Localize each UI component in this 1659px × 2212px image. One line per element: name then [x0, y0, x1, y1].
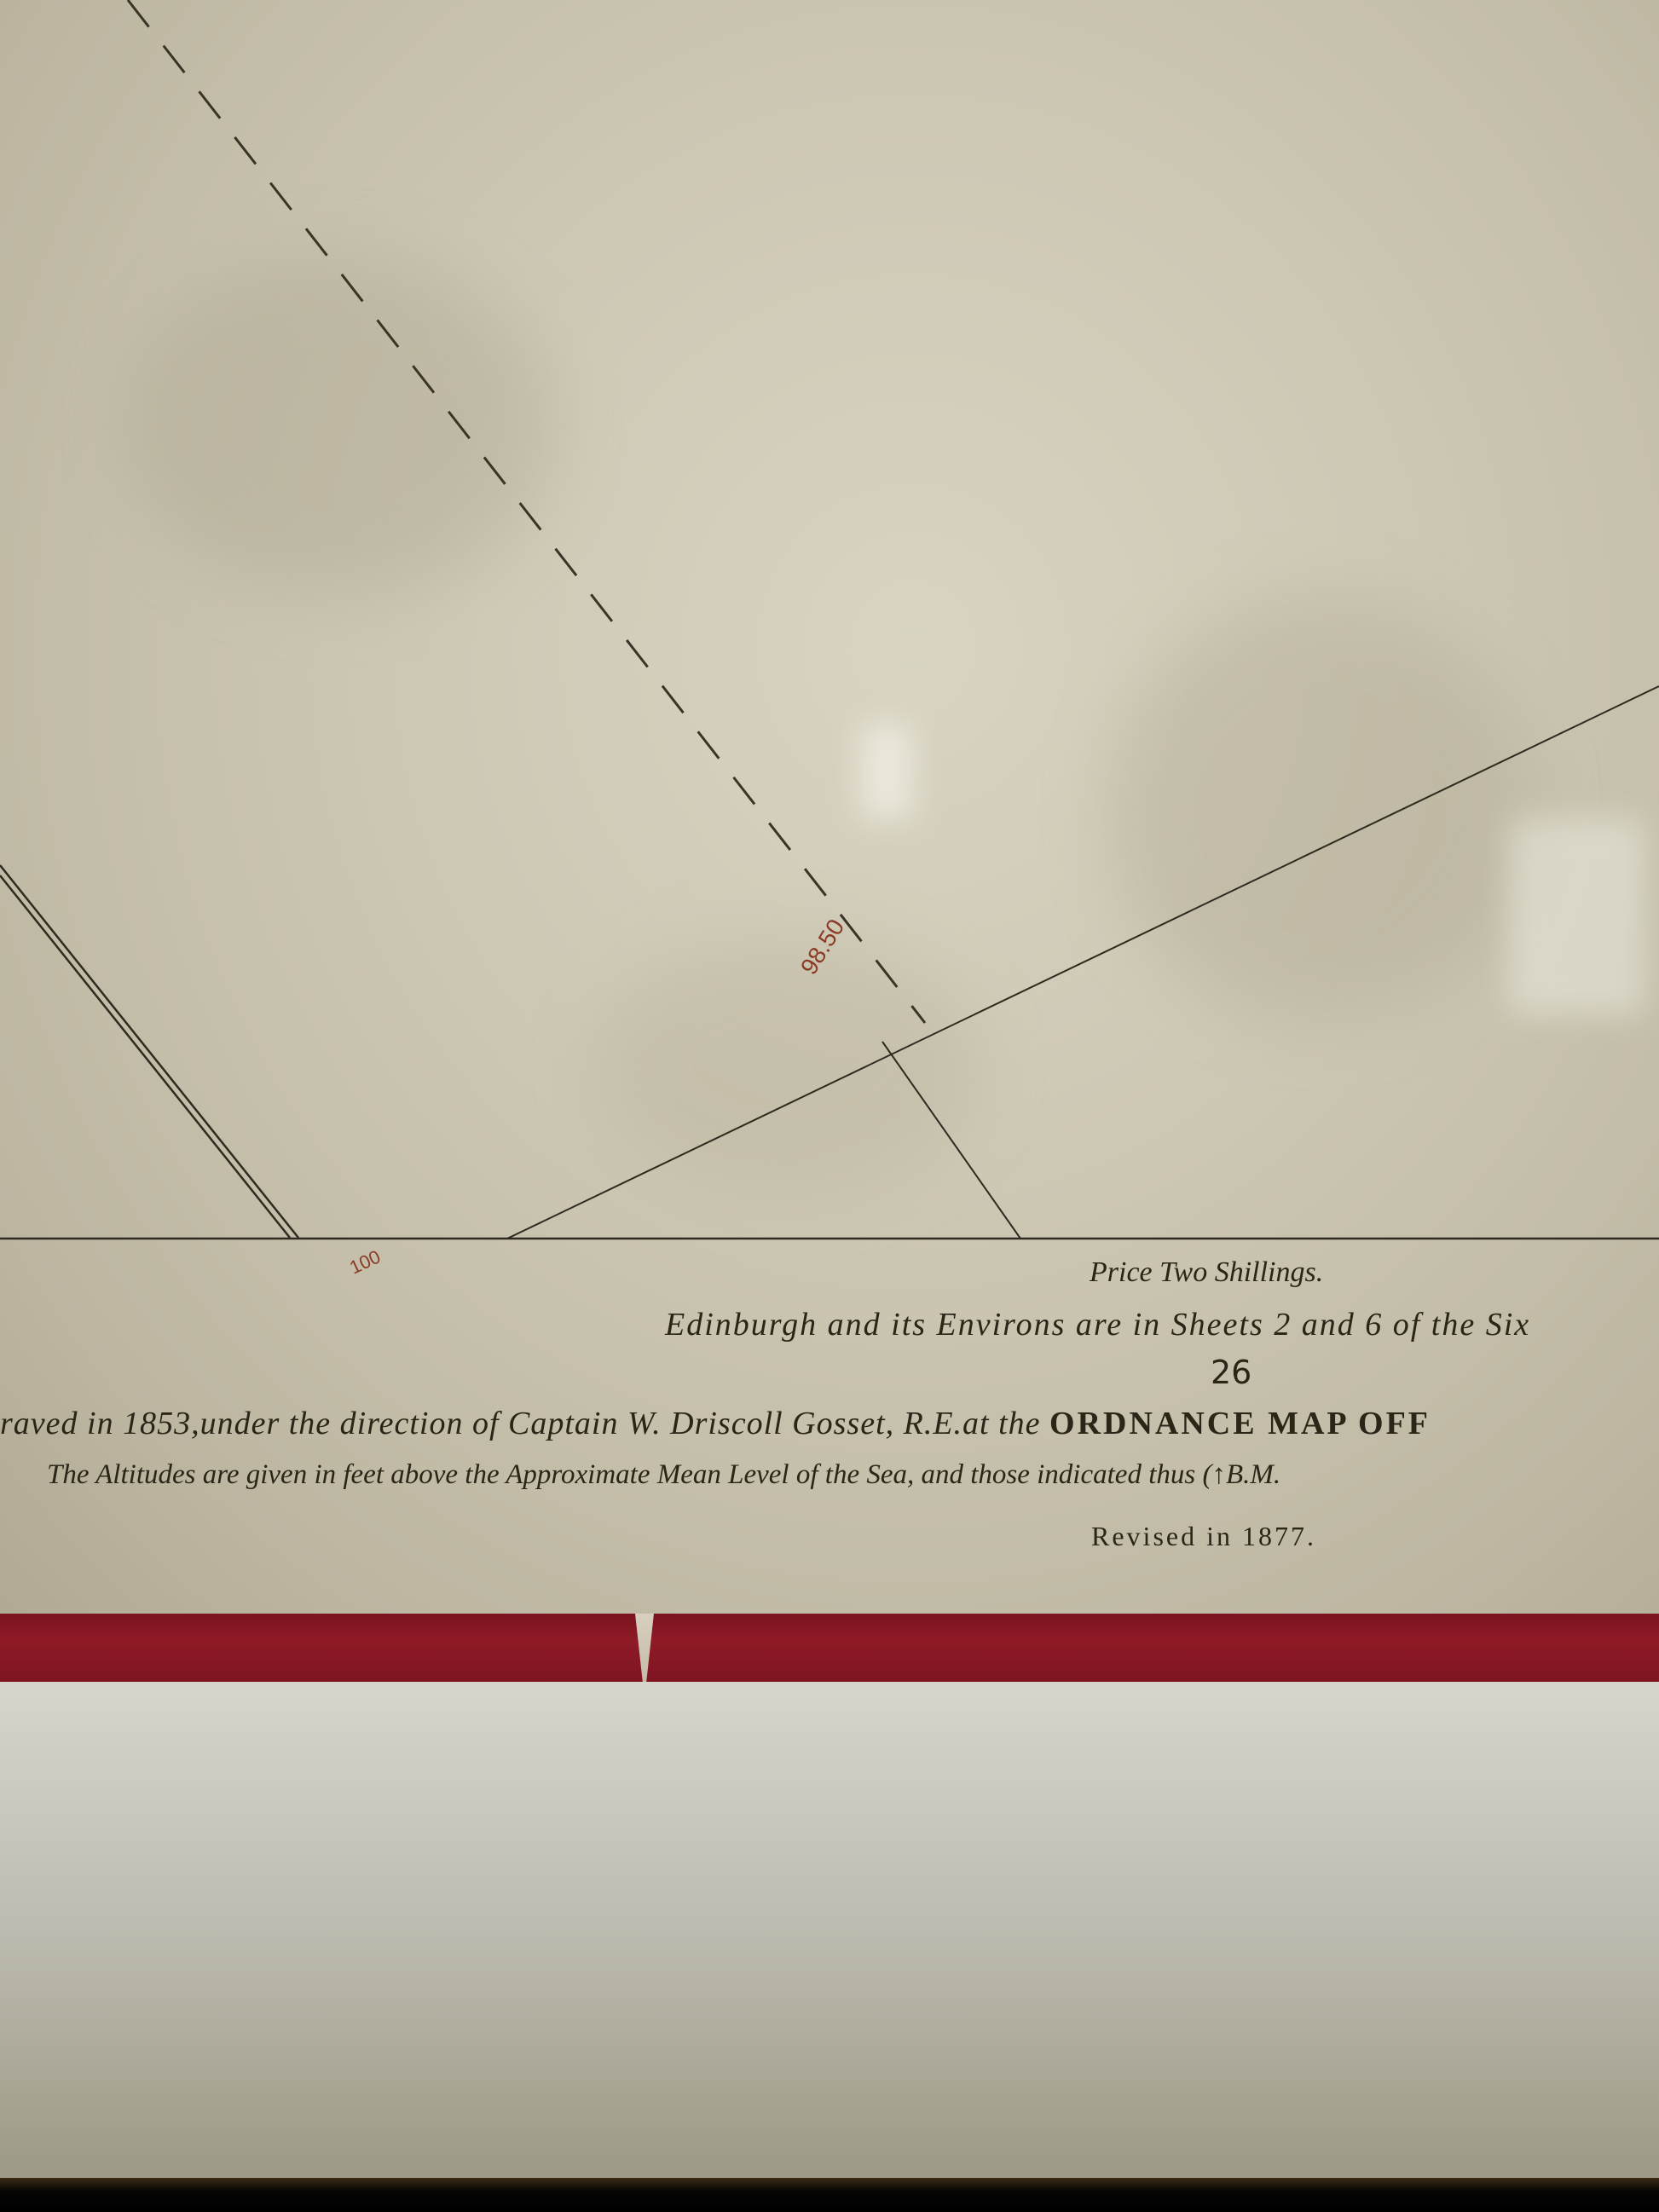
- revision-note: Revised in 1877.: [1091, 1521, 1316, 1552]
- road-line: [0, 875, 290, 1238]
- environs-note: Edinburgh and its Environs are in Sheets…: [665, 1306, 1530, 1343]
- ordnance-office-title: ORDNANCE MAP OFF: [1049, 1406, 1431, 1441]
- field-boundary-line: [882, 1042, 1020, 1239]
- map-paper: 98.50 100 Price Two Shillings. Edinburgh…: [0, 0, 1659, 1620]
- field-boundary-line: [507, 686, 1659, 1239]
- price-label: Price Two Shillings.: [1090, 1256, 1323, 1289]
- mount-mat: [0, 1682, 1659, 2185]
- dashed-boundary-line: [128, 0, 925, 1023]
- engraving-note-text: ngraved in 1853,under the direction of C…: [0, 1406, 1041, 1441]
- altitude-note: The Altitudes are given in feet above th…: [47, 1459, 1280, 1491]
- map-lines: [0, 0, 1659, 1620]
- road-line: [0, 865, 298, 1238]
- engraving-note: ngraved in 1853,under the direction of C…: [0, 1405, 1431, 1442]
- sheet-number: 26: [1211, 1354, 1251, 1391]
- frame-edge: [0, 2178, 1659, 2212]
- red-binding-band: [0, 1614, 1659, 1682]
